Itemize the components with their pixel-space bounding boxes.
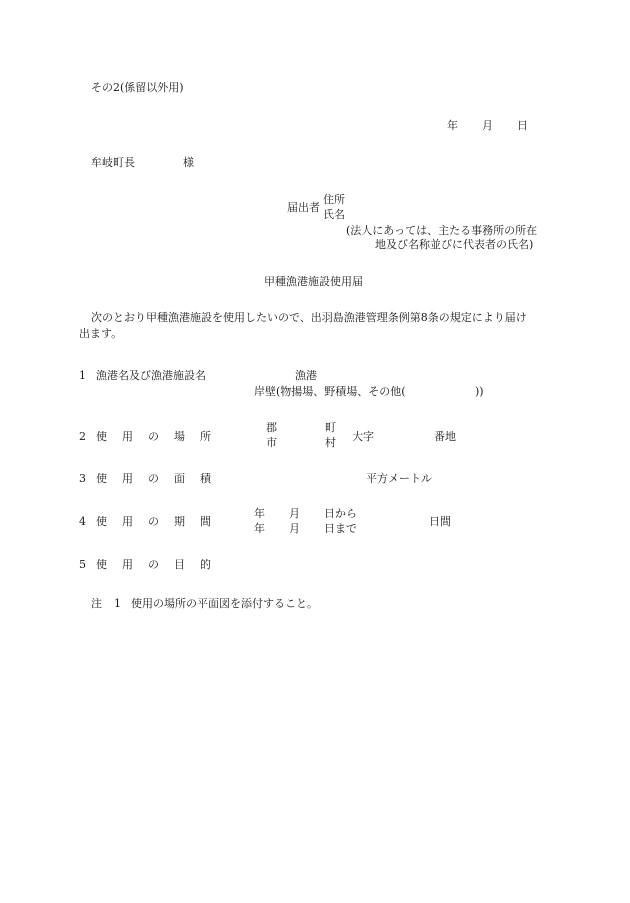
item-4-from-year: 年 [254,508,265,519]
item-2-oaza: 大字 [352,431,374,442]
body-text-line2: 出ます。 [79,328,122,339]
item-2-banchi: 番地 [434,431,456,442]
applicant-note-line2: 地及び名称並びに代表者の氏名) [375,239,533,250]
item-4-days: 日間 [429,516,451,527]
date-year-label: 年 [447,120,458,131]
date-month-label: 月 [482,120,493,131]
note-label: 注 [91,598,102,609]
addressee-honorific: 様 [183,157,194,168]
applicant-label: 届出者 [287,202,320,213]
item-4-number: 4 [79,516,86,527]
item-4-from-day: 日から [324,508,357,519]
item-4-to-year: 年 [254,523,265,534]
item-4-to-month: 月 [289,523,300,534]
note-text: 使用の場所の平面図を添付すること。 [131,598,318,609]
applicant-name-label: 氏名 [323,209,345,220]
addressee-name: 牟岐町長 [91,157,135,168]
item-2-mura: 村 [325,437,336,448]
body-text-line1: 次のとおり甲種漁港施設を使用したいので、出羽島漁港管理条例第8条の規定により届け [91,312,527,323]
item-3-unit: 平方メートル [366,473,432,484]
item-1-facility-close: )) [475,386,484,397]
item-2-shi: 市 [266,437,277,448]
form-label: その2(係留以外用) [91,82,184,93]
applicant-address-label: 住所 [323,194,345,205]
item-1-facility-type: 岸壁(物揚場、野積場、その他( [254,386,406,397]
item-4-to-day: 日まで [324,523,357,534]
item-2-machi: 町 [325,422,336,433]
item-1-label: 漁港名及び漁港施設名 [96,370,206,381]
item-2-number: 2 [79,431,86,442]
item-4-from-month: 月 [289,508,300,519]
applicant-note-line1: (法人にあっては、主たる事務所の所在 [346,225,537,236]
item-2-gun: 郡 [266,422,277,433]
note-number: 1 [114,598,121,609]
item-1-number: 1 [79,370,86,381]
document-title: 甲種漁港施設使用届 [264,276,363,287]
date-day-label: 日 [517,120,528,131]
item-5-number: 5 [79,559,86,570]
item-3-number: 3 [79,473,86,484]
item-1-harbor-name-suffix: 漁港 [295,370,317,381]
